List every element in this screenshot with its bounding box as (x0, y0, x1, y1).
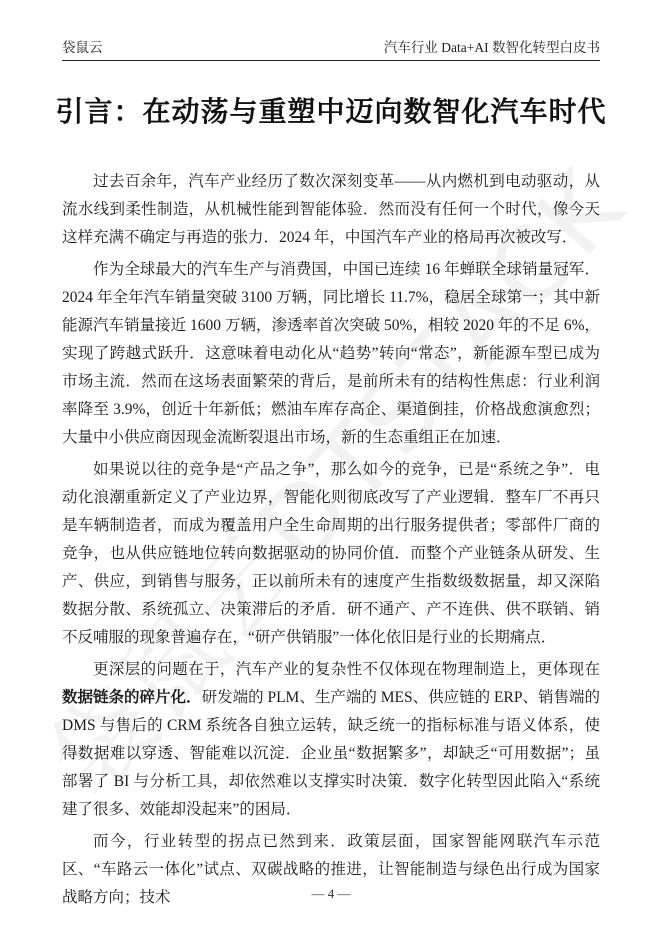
page-header: 袋鼠云 汽车行业 Data+AI 数智化转型白皮书 (62, 36, 600, 56)
paragraph-4-text-bold: 数据链条的碎片化． (62, 689, 202, 706)
paragraph-3-text: 如果说以往的竞争是“产品之争”，那么如今的竞争，已是“系统之争”．电动化浪潮重新… (62, 461, 600, 646)
header-doc-title: 汽车行业 Data+AI 数智化转型白皮书 (384, 36, 600, 56)
page-number: — 4 — (312, 886, 351, 901)
paragraph-4-text-lead: 更深层的问题在于，汽车产业的复杂性不仅体现在物理制造上，更体现在 (93, 661, 600, 678)
paragraph-3: 如果说以往的竞争是“产品之争”，那么如今的竞争，已是“系统之争”．电动化浪潮重新… (62, 456, 600, 652)
page-title: 引言：在动荡与重塑中迈向数智化汽车时代 (0, 90, 662, 130)
paragraph-4: 更深层的问题在于，汽车产业的复杂性不仅体现在物理制造上，更体现在数据链条的碎片化… (62, 656, 600, 824)
header-divider (62, 60, 600, 61)
paragraph-1-text: 过去百余年，汽车产业经历了数次深刻变革——从内燃机到电动驱动，从流水线到柔性制造… (62, 173, 600, 246)
page-footer: — 4 — (0, 886, 662, 902)
header-brand: 袋鼠云 (62, 36, 103, 56)
paragraph-4-text-rest: 研发端的 PLM、生产端的 MES、供应链的 ERP、销售端的 DMS 与售后的… (62, 689, 600, 818)
document-page: 袋鼠云DTSTACK 袋鼠云 汽车行业 Data+AI 数智化转型白皮书 引言：… (0, 0, 662, 936)
paragraph-2-text: 作为全球最大的汽车生产与消费国，中国已连续 16 年蝉联全球销量冠军．2024 … (62, 261, 600, 446)
content-layer: 袋鼠云 汽车行业 Data+AI 数智化转型白皮书 引言：在动荡与重塑中迈向数智… (0, 0, 662, 936)
paragraph-1: 过去百余年，汽车产业经历了数次深刻变革——从内燃机到电动驱动，从流水线到柔性制造… (62, 168, 600, 252)
body-text: 过去百余年，汽车产业经历了数次深刻变革——从内燃机到电动驱动，从流水线到柔性制造… (62, 168, 600, 916)
paragraph-2: 作为全球最大的汽车生产与消费国，中国已连续 16 年蝉联全球销量冠军．2024 … (62, 256, 600, 452)
